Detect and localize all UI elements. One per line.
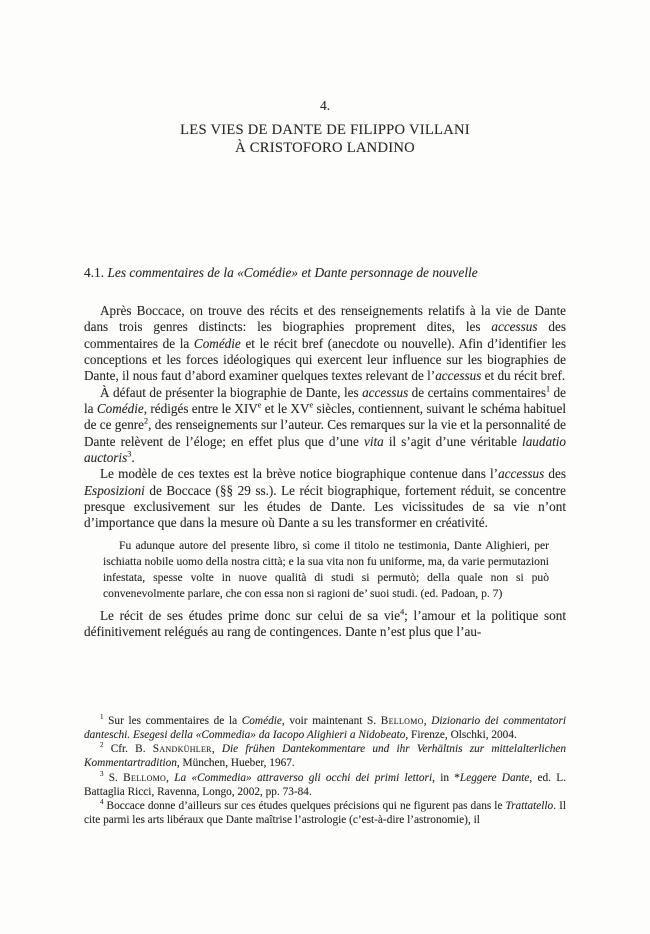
chapter-title: LES VIES DE DANTE DE FILIPPO VILLANI À C… <box>0 122 650 157</box>
footnotes: 1 Sur les commentaires de la Comédie, vo… <box>84 714 566 827</box>
body-text: Après Boccace, on trouve des récits et d… <box>84 303 566 641</box>
paragraph-1: Après Boccace, on trouve des récits et d… <box>84 303 566 385</box>
chapter-title-line-1: LES VIES DE DANTE DE FILIPPO VILLANI <box>0 122 650 140</box>
footnote-4: 4 Boccace donne d’ailleurs sur ces étude… <box>84 799 566 827</box>
footnote-3: 3 S. Bellomo, La «Commedia» attraverso g… <box>84 771 566 799</box>
chapter-number: 4. <box>0 98 650 114</box>
paragraph-3: Le modèle de ces textes est la brève not… <box>84 466 566 531</box>
chapter-title-line-2: À CRISTOFORO LANDINO <box>0 140 650 158</box>
paragraph-4: Le récit de ses études prime donc sur ce… <box>84 608 566 641</box>
footnote-1: 1 Sur les commentaires de la Comédie, vo… <box>84 714 566 742</box>
block-quote: Fu adunque autore del presente libro, sì… <box>103 538 549 602</box>
footnote-2: 2 Cfr. B. Sandkühler, Die frühen Danteko… <box>84 742 566 770</box>
section-heading: 4.1. Les commentaires de la «Comédie» et… <box>84 265 566 282</box>
book-page: 4. LES VIES DE DANTE DE FILIPPO VILLANI … <box>0 0 650 934</box>
paragraph-2: À défaut de présenter la biographie de D… <box>84 385 566 467</box>
